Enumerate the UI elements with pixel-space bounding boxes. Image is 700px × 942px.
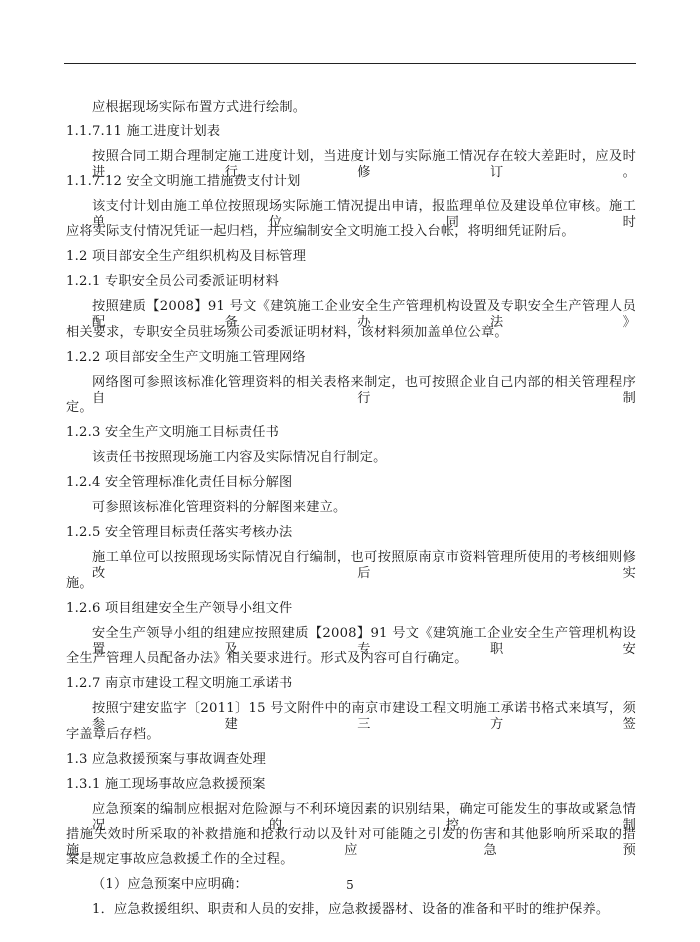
paragraph-line: 全生产管理人员配备办法》相关要求进行。形式及内容可自行确定。 [66,651,468,667]
section-heading: 1.2 项目部安全生产组织机构及目标管理 [66,249,306,265]
section-heading: 1.2.4 安全管理标准化责任目标分解图 [66,475,292,491]
paragraph-line: 该责任书按照现场施工内容及实际情况自行制定。 [92,450,387,466]
section-heading: 1.1.7.12 安全文明施工措施费支付计划 [66,174,301,190]
paragraph-line: 施工单位可以按照现场实际情况自行编制，也可按照原南京市资料管理所使用的考核细则修… [92,550,636,582]
paragraph-line: 案是规定事故应急救援工作的全过程。 [66,852,294,868]
paragraph-line: 1．应急救援组织、职责和人员的安排，应急救援器材、设备的准备和平时的维护保养。 [92,902,609,918]
paragraph-line: 网络图可参照该标准化管理资料的相关表格来制定，也可按照企业自己内部的相关管理程序… [92,375,636,407]
section-heading: 1.2.1 专职安全员公司委派证明材料 [66,274,279,290]
paragraph-line: 相关要求，专职安全员驻场须公司委派证明材料，该材料须加盖单位公章。 [66,325,508,341]
paragraph-line: 施。 [66,576,93,592]
page-number: 5 [0,878,700,892]
section-heading: 1.3 应急救援预案与事故调查处理 [66,752,266,768]
section-heading: 1.3.1 施工现场事故应急救援预案 [66,777,266,793]
paragraph-line: 字盖章后存档。 [66,727,160,743]
paragraph-line: 可参照该标准化管理资料的分解图来建立。 [92,500,346,516]
section-heading: 1.2.2 项目部安全生产文明施工管理网络 [66,350,306,366]
paragraph-line: 应根据现场实际布置方式进行绘制。 [92,100,306,116]
section-heading: 1.2.3 安全生产文明施工目标责任书 [66,425,279,441]
paragraph-line: 应将实际支付情况凭证一起归档，并应编制安全文明施工投入台帐，将明细凭证附后。 [66,224,575,240]
paragraph-line: 按照宁建安监字〔2011〕15 号文附件中的南京市建设工程文明施工承诺书格式来填… [92,701,636,733]
section-heading: 1.2.6 项目组建安全生产领导小组文件 [66,601,292,617]
paragraph-line: 定。 [66,400,93,416]
header-rule [64,63,636,64]
section-heading: 1.1.7.11 施工进度计划表 [66,124,220,140]
section-heading: 1.2.7 南京市建设工程文明施工承诺书 [66,676,292,692]
section-heading: 1.2.5 安全管理目标责任落实考核办法 [66,525,292,541]
